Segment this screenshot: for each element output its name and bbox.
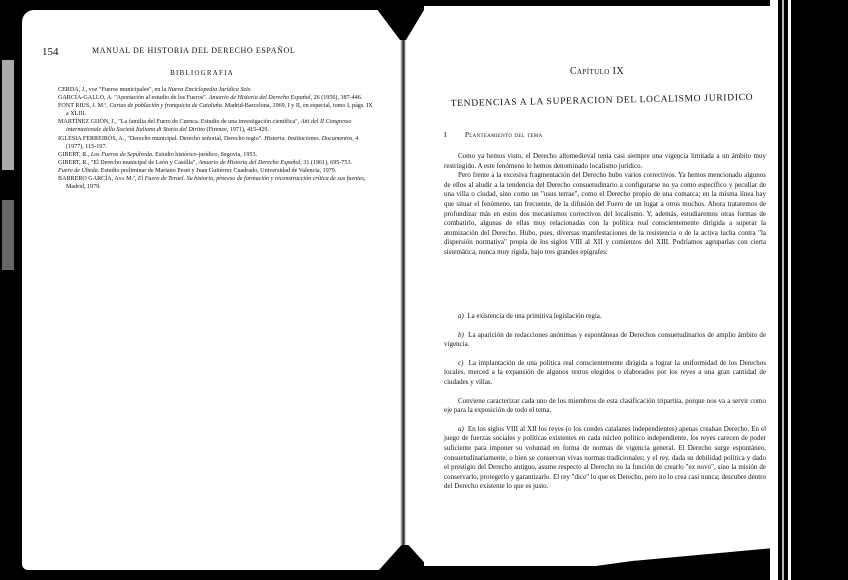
chapter-title: TENDENCIAS A LA SUPERACION DEL LOCALISMO… <box>442 93 762 110</box>
intro-text: Como ya hemos visto, el Derecho altomedi… <box>444 152 766 258</box>
bibliography-entry: Fuero de Úbeda. Estudio preliminar de Ma… <box>58 167 376 175</box>
list-item: a) La existencia de una primitiva legisl… <box>444 312 766 322</box>
paragraph: Como ya hemos visto, el Derecho altomedi… <box>444 152 766 171</box>
section-number: I <box>444 130 447 139</box>
closing-paragraph: Conviene caracterizar cada uno de los mi… <box>444 397 766 416</box>
section-heading: IPlanteamiento del tema <box>444 130 561 139</box>
subsection-a: a) En los siglos VIII al XII los reyes (… <box>444 425 766 492</box>
enumerated-list: a) La existencia de una primitiva legisl… <box>444 312 766 492</box>
list-item: b) La aparición de redacciones anónimas … <box>444 331 766 350</box>
page-number: 154 <box>42 46 59 58</box>
page-edge <box>788 0 791 580</box>
bibliography-entry: MARTÍNEZ GIJÓN, J., "La familia del Fuer… <box>58 118 376 134</box>
scan-artifact <box>2 60 14 170</box>
scan-right-edge <box>770 0 848 580</box>
page-edge <box>782 0 784 580</box>
list-item: c) La implantación de una política real … <box>444 359 766 388</box>
bibliography-entry: CERDA, J., voz "Fueros municipales", en … <box>58 86 376 94</box>
bibliography-entry: FONT RIUS, J. M.ª, Cartas de población y… <box>58 102 376 118</box>
bibliography-entry: GIBERT, R., Los Fueros de Sepúlveda. Est… <box>58 151 376 159</box>
bibliography-entry: BARRERO GARCÍA, Ana M.ª, El Fuero de Ter… <box>58 175 376 191</box>
section-title: Planteamiento del tema <box>465 130 543 139</box>
gutter-shadow <box>400 0 406 580</box>
scan-left-edge <box>0 0 22 580</box>
chapter-label: Capítulo IX <box>424 66 770 77</box>
page-edge <box>770 0 778 580</box>
bibliography-entry: GIBERT, R., "El Derecho municipal de Leó… <box>58 159 376 167</box>
paragraph: Pero frente a la excesiva fragmentación … <box>444 171 766 257</box>
bibliography-heading: BIBLIOGRAFIA <box>22 69 382 77</box>
scan-artifact <box>2 200 14 270</box>
bibliography-entry: GARCÍA-GALLO, A. "Aportación al estudio … <box>58 94 376 102</box>
running-title: MANUAL DE HISTORIA DEL DERECHO ESPAÑOL <box>92 46 295 55</box>
right-page: Capítulo IX TENDENCIAS A LA SUPERACION D… <box>424 6 770 566</box>
bibliography-entry: IGLESIA FERREIRÓS, A., "Derecho municipa… <box>58 135 376 151</box>
left-page: 154 MANUAL DE HISTORIA DEL DERECHO ESPAÑ… <box>22 10 382 570</box>
bibliography-list: CERDA, J., voz "Fueros municipales", en … <box>58 86 376 191</box>
